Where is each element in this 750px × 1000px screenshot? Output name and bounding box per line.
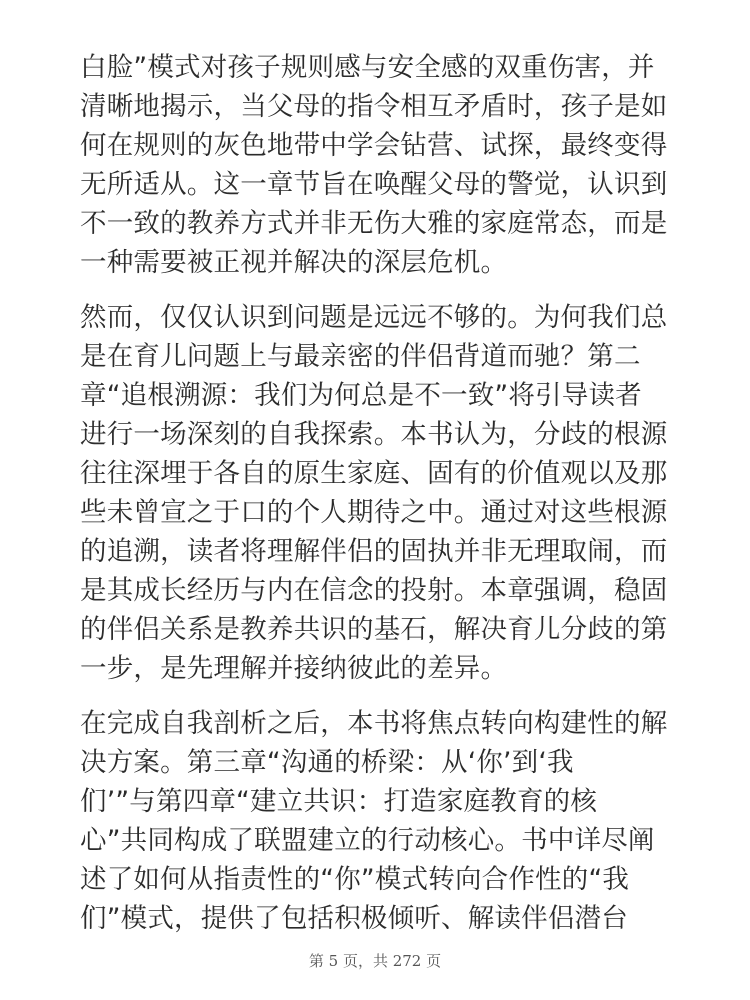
text-line: 往往深埋于各自的原生家庭、固有的价值观以及那 [80, 454, 690, 493]
text-line: 述了如何从指责性的“你”模式转向合作性的“我 [80, 860, 690, 899]
text-line: 然而，仅仅认识到问题是远远不够的。为何我们总 [80, 298, 690, 337]
text-line: 的伴侣关系是教养共识的基石，解决育儿分歧的第 [80, 610, 690, 649]
paragraph-1: 白脸”模式对孩子规则感与安全感的双重伤害，并 清晰地揭示，当父母的指令相互矛盾时… [80, 48, 690, 282]
paragraph-2: 然而，仅仅认识到问题是远远不够的。为何我们总 是在育儿问题上与最亲密的伴侣背道而… [80, 298, 690, 688]
text-line: 无所适从。这一章节旨在唤醒父母的警觉，认识到 [80, 165, 690, 204]
text-line: 决方案。第三章“沟通的桥梁：从‘你’到‘我 [80, 743, 690, 782]
text-line: 是在育儿问题上与最亲密的伴侣背道而驰？第二 [80, 337, 690, 376]
text-line: 白脸”模式对孩子规则感与安全感的双重伤害，并 [80, 48, 690, 87]
text-line: 不一致的教养方式并非无伤大雅的家庭常态，而是 [80, 204, 690, 243]
text-line: 何在规则的灰色地带中学会钻营、试探，最终变得 [80, 126, 690, 165]
body-text: 白脸”模式对孩子规则感与安全感的双重伤害，并 清晰地揭示，当父母的指令相互矛盾时… [80, 48, 690, 954]
text-line: 一种需要被正视并解决的深层危机。 [80, 243, 690, 282]
text-line: 们’”与第四章“建立共识：打造家庭教育的核 [80, 782, 690, 821]
text-line: 的追溯，读者将理解伴侣的固执并非无理取闹，而 [80, 532, 690, 571]
text-line: 清晰地揭示，当父母的指令相互矛盾时，孩子是如 [80, 87, 690, 126]
text-line: 是其成长经历与内在信念的投射。本章强调，稳固 [80, 571, 690, 610]
document-page: 白脸”模式对孩子规则感与安全感的双重伤害，并 清晰地揭示，当父母的指令相互矛盾时… [0, 0, 750, 1000]
text-line: 们”模式，提供了包括积极倾听、解读伴侣潜台 [80, 899, 690, 938]
text-line: 心”共同构成了联盟建立的行动核心。书中详尽阐 [80, 821, 690, 860]
page-number-footer: 第 5 页，共 272 页 [0, 950, 750, 971]
text-line: 一步，是先理解并接纳彼此的差异。 [80, 649, 690, 688]
text-line: 在完成自我剖析之后，本书将焦点转向构建性的解 [80, 704, 690, 743]
text-line: 些未曾宣之于口的个人期待之中。通过对这些根源 [80, 493, 690, 532]
text-line: 进行一场深刻的自我探索。本书认为，分歧的根源 [80, 415, 690, 454]
paragraph-3: 在完成自我剖析之后，本书将焦点转向构建性的解 决方案。第三章“沟通的桥梁：从‘你… [80, 704, 690, 938]
text-line: 章“追根溯源：我们为何总是不一致”将引导读者 [80, 376, 690, 415]
